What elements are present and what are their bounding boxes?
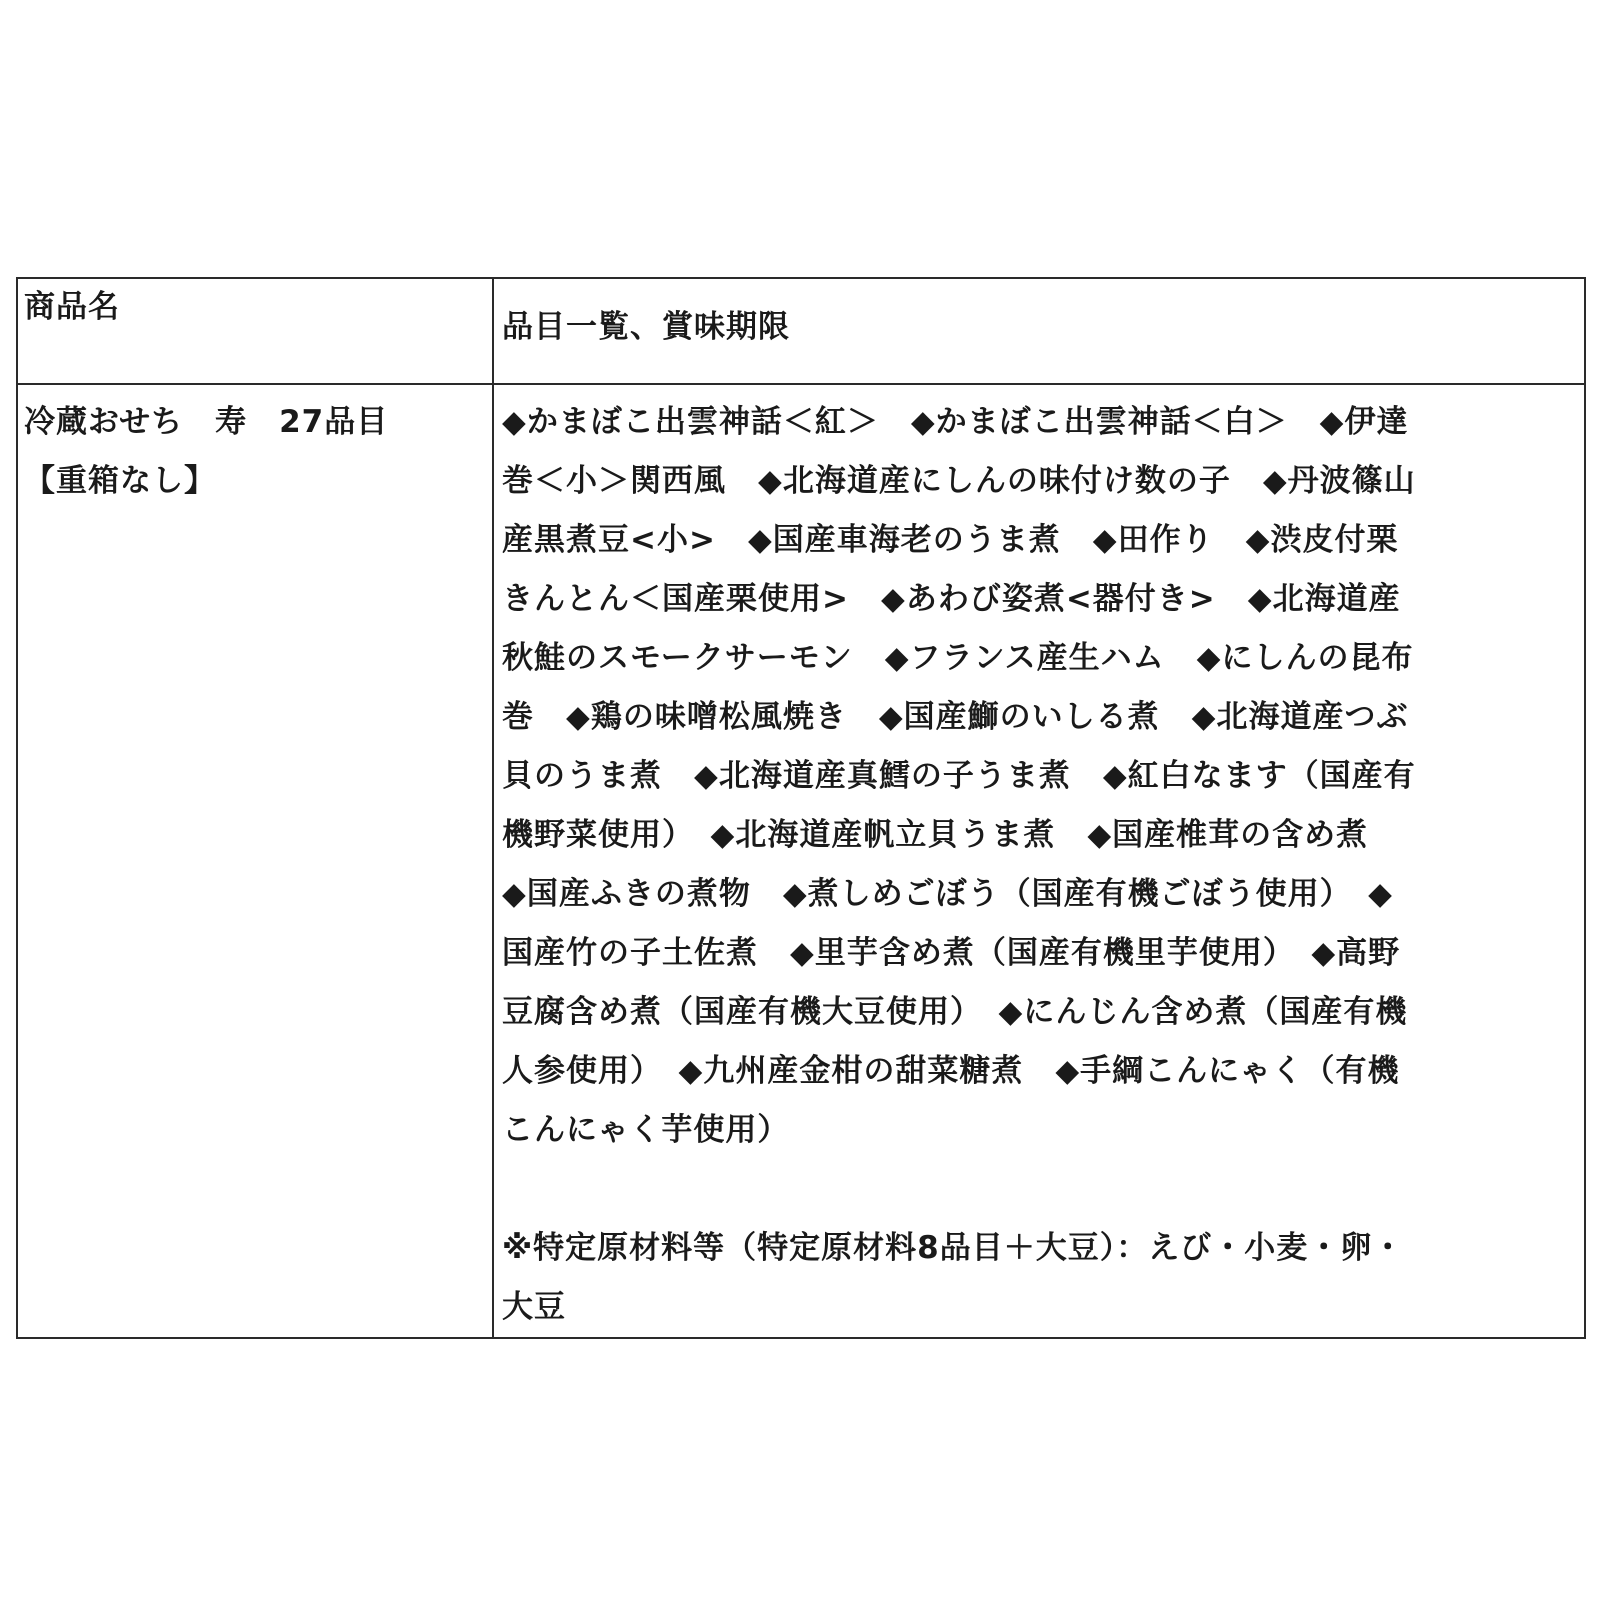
item-list-line: きんとん＜国産栗使用> ◆あわび姿煮<器付き> ◆北海道産 (502, 570, 1584, 629)
item-list-line: 巻＜小＞関西風 ◆北海道産にしんの味付け数の子 ◆丹波篠山 (502, 452, 1584, 511)
item-list-line: 人参使用） ◆九州産金柑の甜菜糖煮 ◆手綱こんにゃく（有機 (502, 1042, 1584, 1101)
product-packaging-line: 【重箱なし】 (24, 452, 492, 511)
header-product-name: 商品名 (17, 278, 493, 384)
item-list-line: 国産竹の子土佐煮 ◆里芋含め煮（国産有機里芋使用） ◆高野 (502, 924, 1584, 983)
item-list-line: 豆腐含め煮（国産有機大豆使用） ◆にんじん含め煮（国産有機 (502, 983, 1584, 1042)
item-list-line: 巻 ◆鶏の味噌松風焼き ◆国産鰤のいしる煮 ◆北海道産つぶ (502, 688, 1584, 747)
items-list-cell: ◆かまぼこ出雲神話＜紅＞ ◆かまぼこ出雲神話＜白＞ ◆伊達 巻＜小＞関西風 ◆北… (493, 384, 1585, 1338)
product-name-cell: 冷蔵おせち 寿 27品目 【重箱なし】 (17, 384, 493, 1338)
header-items-and-expiry: 品目一覧、賞味期限 (493, 278, 1585, 384)
item-list-line: 機野菜使用） ◆北海道産帆立貝うま煮 ◆国産椎茸の含め煮 (502, 806, 1584, 865)
table-header-row: 商品名 品目一覧、賞味期限 (17, 278, 1585, 384)
table-row: 冷蔵おせち 寿 27品目 【重箱なし】 ◆かまぼこ出雲神話＜紅＞ ◆かまぼこ出雲… (17, 384, 1585, 1338)
item-list-line: 産黒煮豆<小> ◆国産車海老のうま煮 ◆田作り ◆渋皮付栗 (502, 511, 1584, 570)
item-list-line: 秋鮭のスモークサーモン ◆フランス産生ハム ◆にしんの昆布 (502, 629, 1584, 688)
allergen-note-continued: 大豆 (502, 1278, 1584, 1337)
item-list-line: 貝のうま煮 ◆北海道産真鱈の子うま煮 ◆紅白なます（国産有 (502, 747, 1584, 806)
blank-line-spacer (502, 1160, 1584, 1219)
item-list-line: ◆国産ふきの煮物 ◆煮しめごぼう（国産有機ごぼう使用） ◆ (502, 865, 1584, 924)
product-name-line: 冷蔵おせち 寿 27品目 (24, 393, 492, 452)
item-list-line: ◆かまぼこ出雲神話＜紅＞ ◆かまぼこ出雲神話＜白＞ ◆伊達 (502, 393, 1584, 452)
allergen-note: ※特定原材料等（特定原材料8品目＋大豆）：えび・小麦・卵・ (502, 1219, 1584, 1278)
item-list-line: こんにゃく芋使用） (502, 1101, 1584, 1160)
product-info-table: 商品名 品目一覧、賞味期限 冷蔵おせち 寿 27品目 【重箱なし】 ◆かまぼこ出… (16, 277, 1586, 1339)
